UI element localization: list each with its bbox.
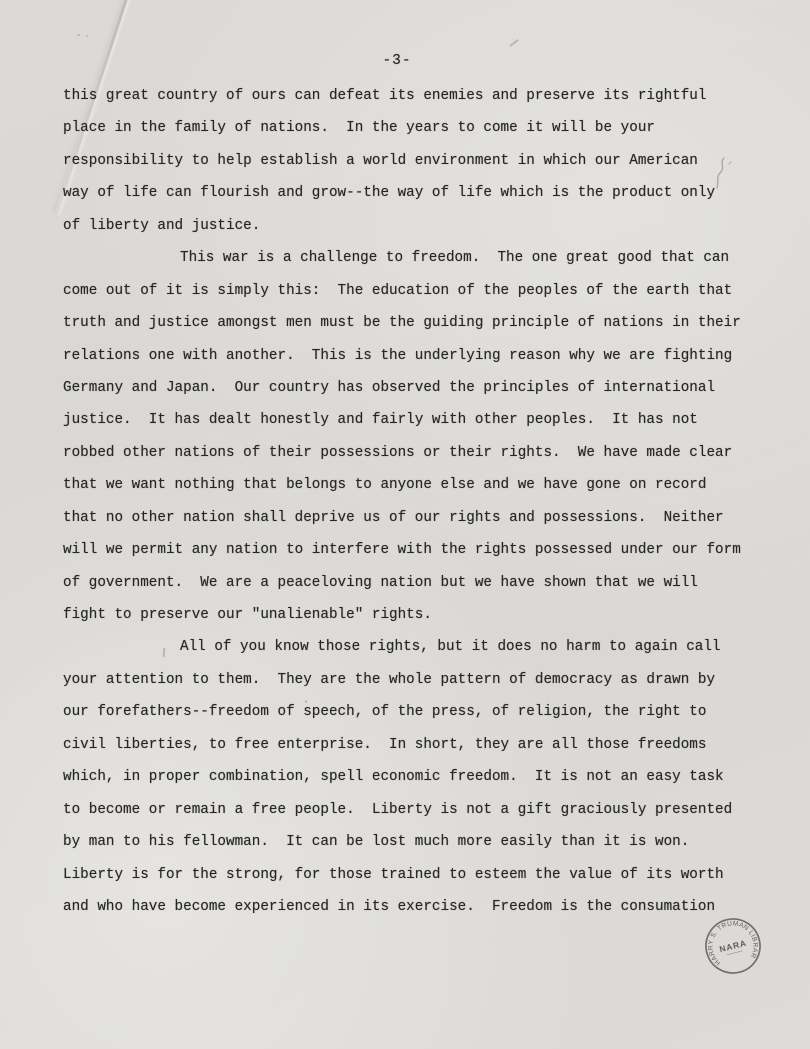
- text-line: your attention to them. They are the who…: [63, 672, 758, 704]
- text-line: come out of it is simply this: The educa…: [63, 283, 758, 315]
- text-line: relations one with another. This is the …: [63, 348, 758, 380]
- paper-speck: [86, 35, 88, 37]
- text-line: this great country of ours can defeat it…: [63, 88, 758, 120]
- text-line: responsibility to help establish a world…: [63, 153, 758, 185]
- text-line: Liberty is for the strong, for those tra…: [63, 867, 758, 899]
- page-number: -3-: [0, 53, 794, 69]
- text-line: Germany and Japan. Our country has obser…: [63, 380, 758, 412]
- text-line: civil liberties, to free enterprise. In …: [63, 737, 758, 769]
- paper-speck: [77, 34, 80, 36]
- text-line: that no other nation shall deprive us of…: [63, 510, 758, 542]
- text-line: will we permit any nation to interfere w…: [63, 542, 758, 574]
- text-line: This war is a challenge to freedom. The …: [63, 250, 758, 282]
- text-line: way of life can flourish and grow--the w…: [63, 185, 758, 217]
- text-line: robbed other nations of their possession…: [63, 445, 758, 477]
- text-line: of government. We are a peaceloving nati…: [63, 575, 758, 607]
- text-line: and who have become experienced in its e…: [63, 899, 758, 931]
- text-line: of liberty and justice.: [63, 218, 758, 250]
- text-line: to become or remain a free people. Liber…: [63, 802, 758, 834]
- text-line: which, in proper combination, spell econ…: [63, 769, 758, 801]
- text-line: by man to his fellowman. It can be lost …: [63, 834, 758, 866]
- stamp-center-text: NARA: [718, 938, 747, 954]
- text-line: justice. It has dealt honestly and fairl…: [63, 412, 758, 444]
- pencil-mark: [510, 39, 519, 46]
- text-line: fight to preserve our "unalienable" righ…: [63, 607, 758, 639]
- text-line: that we want nothing that belongs to any…: [63, 477, 758, 509]
- document-body: this great country of ours can defeat it…: [63, 88, 758, 931]
- text-line: All of you know those rights, but it doe…: [63, 639, 758, 671]
- archive-stamp-icon: HARRY S. TRUMAN LIBRARY NARA: [691, 904, 776, 989]
- text-line: place in the family of nations. In the y…: [63, 120, 758, 152]
- text-line: our forefathers--freedom of speech, of t…: [63, 704, 758, 736]
- text-line: truth and justice amongst men must be th…: [63, 315, 758, 347]
- document-page: -3- this great country of ours can defea…: [0, 0, 810, 1049]
